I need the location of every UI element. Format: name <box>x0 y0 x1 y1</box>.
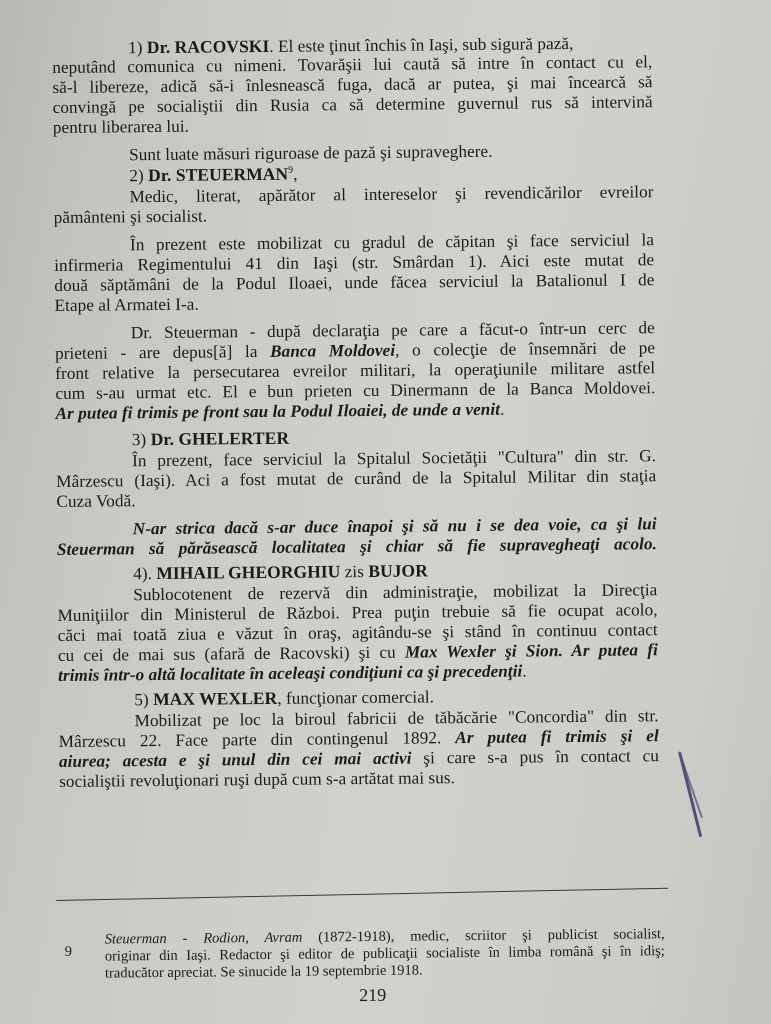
footnote-divider <box>56 888 668 901</box>
text: cu cei de mai sus (afară de Racovski) şi… <box>58 643 405 665</box>
emphasis: Ar putea fi trimis şi el <box>455 726 659 747</box>
text: prieteni - are depus[ă] la <box>55 342 270 363</box>
person-name: MIHAIL GHEORGHIU <box>156 561 340 583</box>
section-2-heading: 2) Dr. STEUERMAN9, <box>129 164 297 187</box>
section-number: 1) <box>128 38 143 57</box>
text: , funcţionar comercial. <box>277 687 434 708</box>
emphasis: aiurea; acesta e şi unul din cei mai act… <box>59 749 412 771</box>
footnote-ref[interactable]: 9 <box>288 165 293 176</box>
body-line: Etape al Armatei I-a. <box>54 295 198 316</box>
heading-text: , <box>293 165 298 184</box>
text: . <box>522 661 527 680</box>
body-line: Cuza Vodă. <box>56 491 135 512</box>
footnote-citation: Steuerman - Rodion, Avram <box>105 930 303 948</box>
section-5-heading: 5) MAX WEXLER, funcţionar comercial. <box>134 686 434 710</box>
emphasis: trimis într-o altă localitate în aceleaş… <box>58 662 522 685</box>
footnote-number: 9 <box>65 944 72 961</box>
emphasis: Ar putea fi trimis pe front sau la Podul… <box>56 400 501 423</box>
section-number: 5) <box>134 690 149 709</box>
body-line: pentru liberarea lui. <box>53 117 189 138</box>
document-page: 1) Dr. RACOVSKI. El este ţinut închis în… <box>52 32 712 38</box>
section-number: 3) <box>132 430 147 449</box>
text: , o colecţie de însemnări de pe <box>395 338 655 359</box>
recommendation: Ar putea fi trimis pe front sau la Podul… <box>56 400 505 424</box>
section-number: 4). <box>133 564 152 583</box>
person-alias: BUJOR <box>368 560 428 581</box>
body-line: Sunt luate măsuri riguroase de pază şi s… <box>129 142 493 165</box>
person-name: MAX WEXLER <box>153 688 277 709</box>
footnote-line: traducător apreciat. Se sinucide la 19 s… <box>105 962 423 982</box>
emphasis: Max Wexler şi Sion. Ar putea fi <box>405 640 658 661</box>
recommendation: trimis într-o altă localitate în aceleaş… <box>58 661 527 685</box>
text: . <box>500 400 505 419</box>
section-3-heading: 3) Dr. GHELERTER <box>132 428 289 451</box>
text: zis <box>340 562 368 581</box>
text: Mârzescu 22. Face parte din contingenul … <box>59 728 456 751</box>
person-name: Dr. RACOVSKI <box>147 36 270 57</box>
body-line: Medic, literat, apărător al intereselor … <box>129 182 653 207</box>
emphasis: Banca Moldovei <box>270 341 395 361</box>
text: şi care s-a pus în contact cu <box>411 746 659 767</box>
section-number: 2) <box>129 166 144 185</box>
page-number: 219 <box>359 985 386 1006</box>
person-name: Dr. GHELERTER <box>151 428 290 449</box>
body-line: pământeni şi socialist. <box>54 207 208 228</box>
body-line: socialiştii revoluţionari ruşi după cum … <box>59 768 455 792</box>
section-4-heading: 4). MIHAIL GHEORGHIU zis BUJOR <box>133 560 428 584</box>
person-name: Dr. STEUERMAN <box>148 164 288 185</box>
